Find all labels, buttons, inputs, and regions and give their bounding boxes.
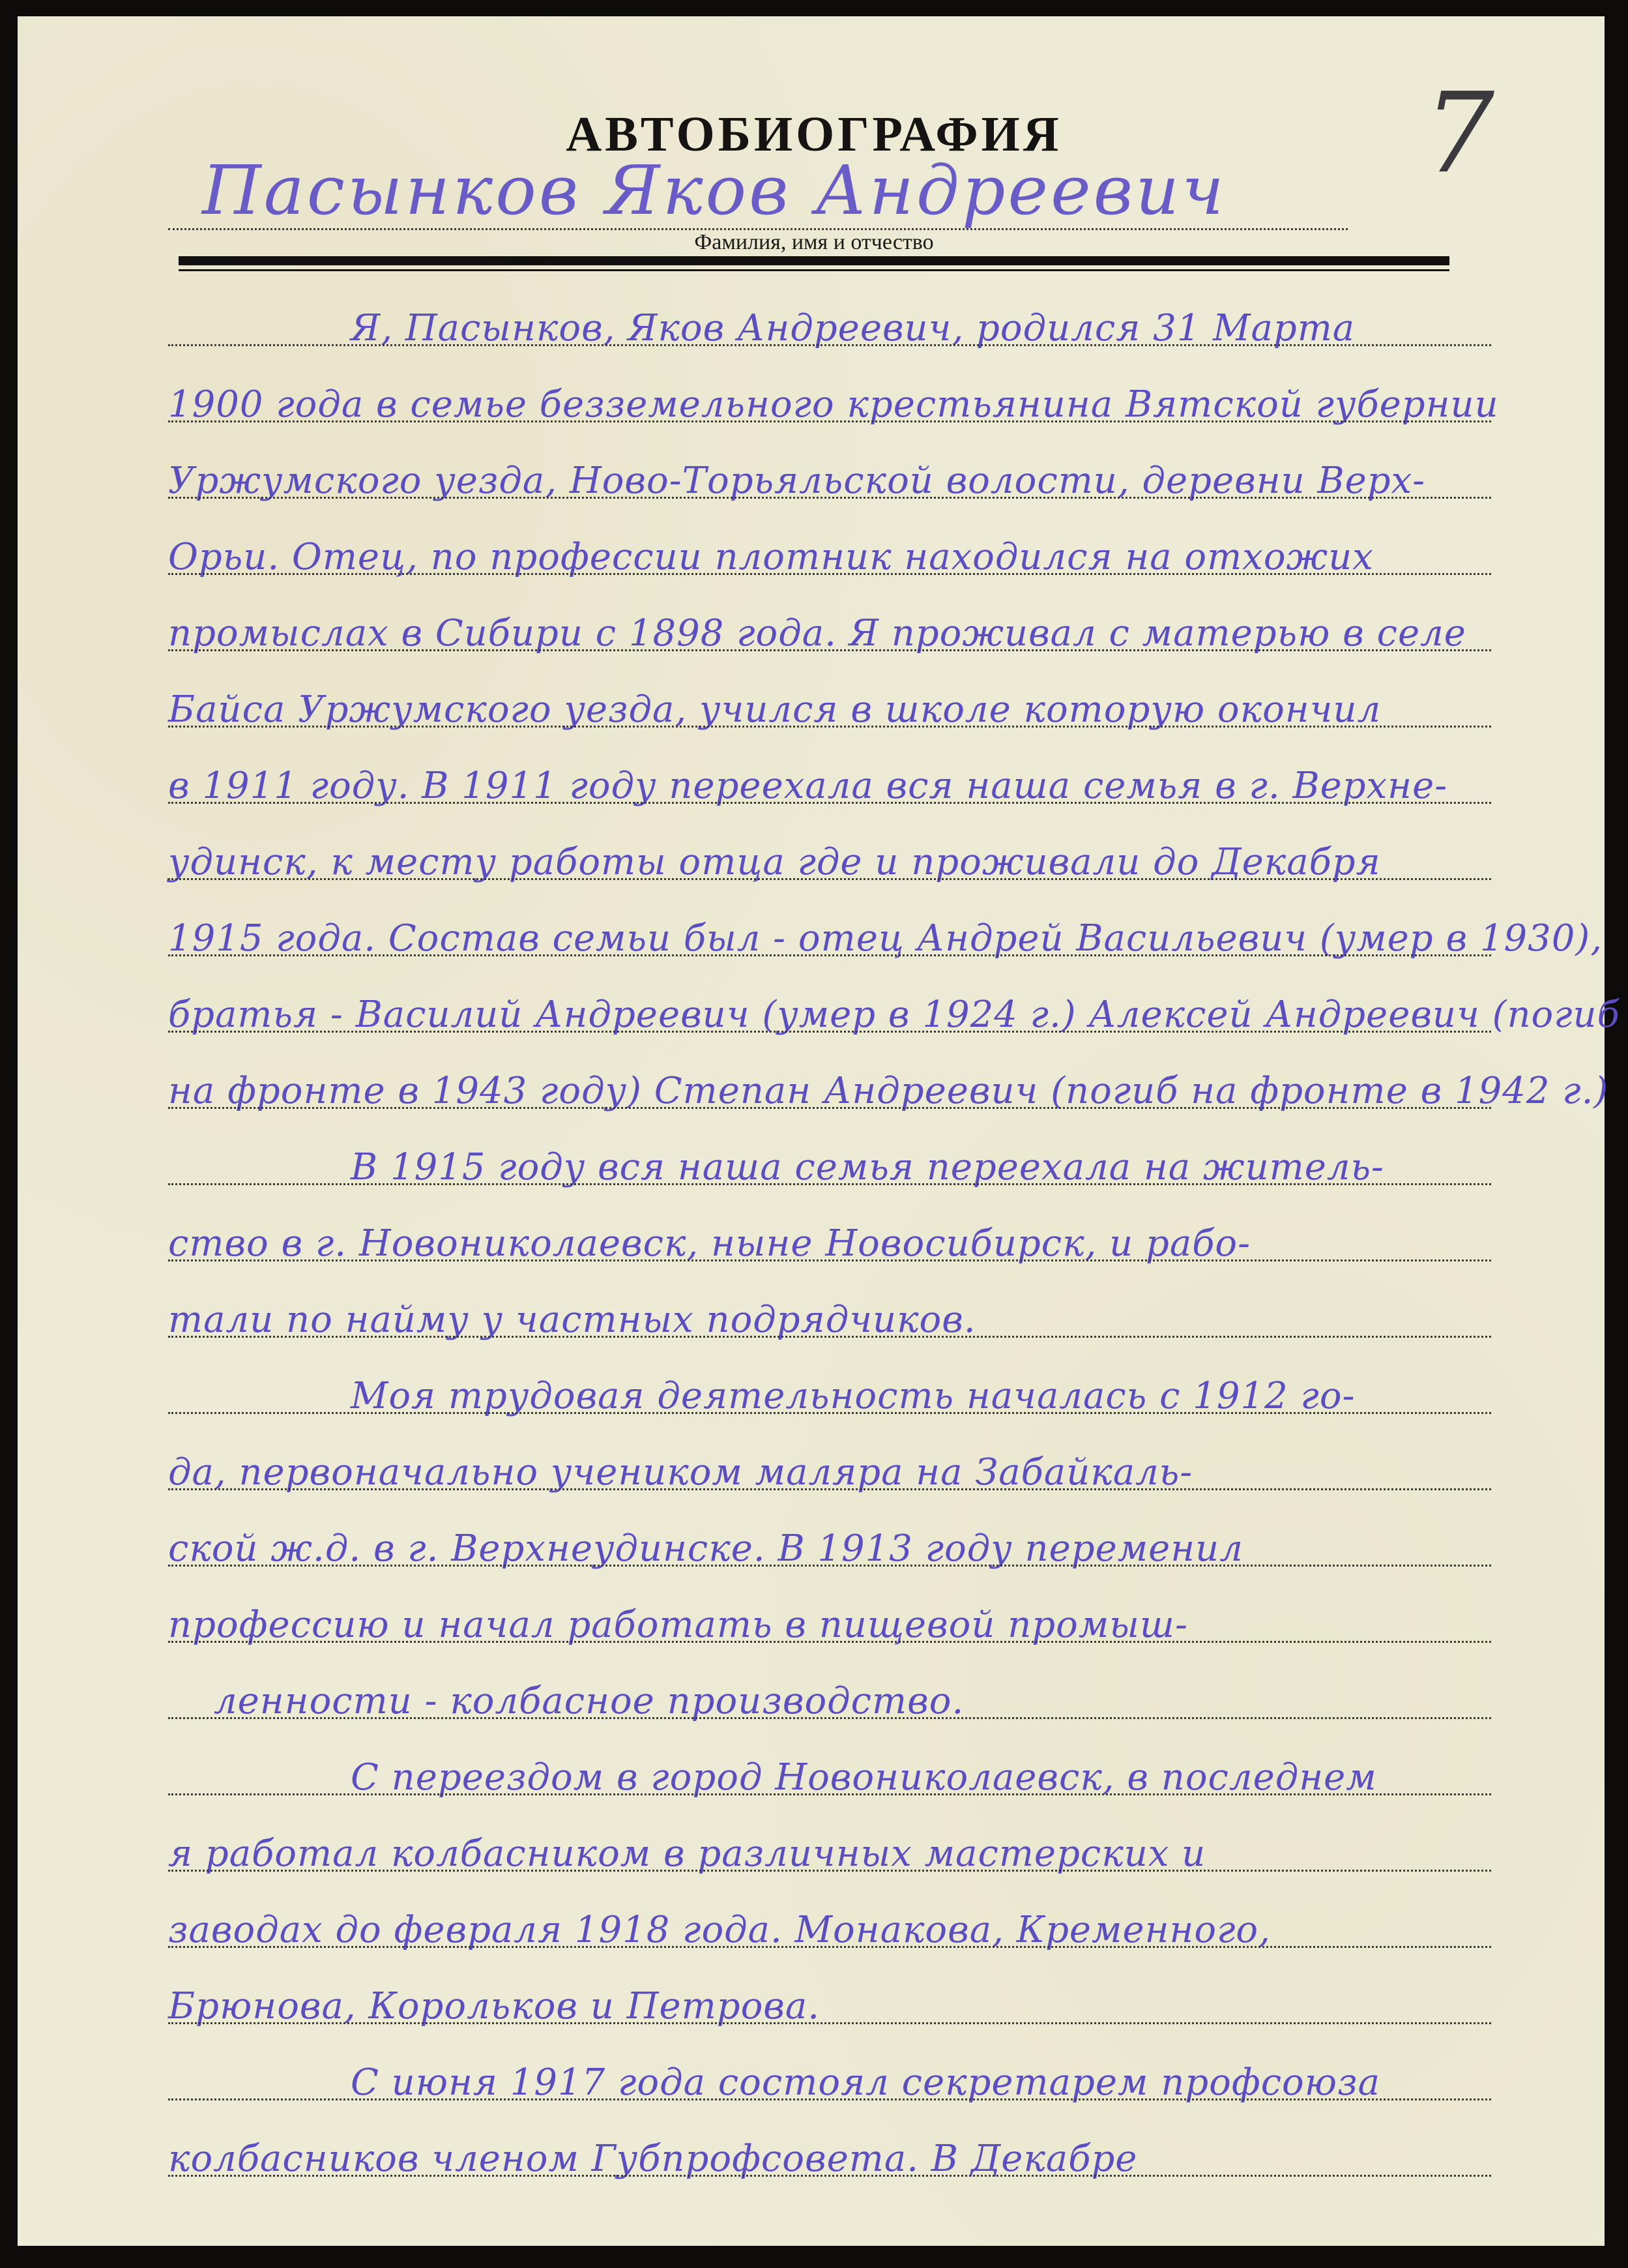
line-text: я работал колбасником в различных мастер… [168, 1836, 1206, 1872]
text-line: Брюнова, Корольков и Петрова. [168, 1968, 1537, 2044]
line-text: С переездом в город Новониколаевск, в по… [351, 1760, 1377, 1796]
text-line: промыслах в Сибири с 1898 года. Я прожив… [168, 595, 1537, 671]
text-line: Байса Уржумского уезда, учился в школе к… [168, 671, 1537, 748]
text-line: братья - Василий Андреевич (умер в 1924 … [168, 977, 1537, 1053]
handwritten-body: Я, Пасынков, Яков Андреевич, родился 31 … [168, 290, 1537, 2197]
text-line: ской ж.д. в г. Верхнеудинске. В 1913 год… [168, 1510, 1537, 1587]
text-line: ство в г. Новониколаевск, ныне Новосибир… [168, 1205, 1537, 1282]
header-rule-thin [179, 269, 1449, 271]
header-rule-thick [179, 256, 1449, 265]
line-text: ской ж.д. в г. Верхнеудинске. В 1913 год… [168, 1531, 1243, 1567]
text-line: тали по найму у частных подрядчиков. [168, 1282, 1537, 1358]
text-line: Орьи. Отец, по профессии плотник находил… [168, 519, 1537, 595]
name-field-caption: Фамилия, имя и отчество [0, 231, 1628, 254]
text-line: Я, Пасынков, Яков Андреевич, родился 31 … [168, 290, 1537, 366]
line-text: 1900 года в семье безземельного крестьян… [168, 387, 1499, 423]
line-text: Уржумского уезда, Ново-Торьяльской волос… [168, 463, 1425, 499]
line-text: да, первоначально учеником маляра на Заб… [168, 1454, 1193, 1491]
text-line: колбасников членом Губпрофсовета. В Дека… [168, 2121, 1537, 2197]
text-line: В 1915 году вся наша семья переехала на … [168, 1129, 1537, 1205]
line-text: С июня 1917 года состоял секретарем проф… [351, 2065, 1380, 2101]
text-line: Моя трудовая деятельность началась с 191… [168, 1358, 1537, 1434]
text-line: заводах до февраля 1918 года. Монакова, … [168, 1892, 1537, 1968]
line-text: В 1915 году вся наша семья переехала на … [351, 1149, 1384, 1186]
line-text: заводах до февраля 1918 года. Монакова, … [168, 1912, 1271, 1949]
line-text: промыслах в Сибири с 1898 года. Я прожив… [168, 615, 1466, 652]
text-line: удинск, к месту работы отца где и прожив… [168, 824, 1537, 900]
text-line: ленности - колбасное производство. [168, 1663, 1537, 1739]
text-line: профессию и начал работать в пищевой про… [168, 1587, 1537, 1663]
line-text: братья - Василий Андреевич (умер в 1924 … [168, 997, 1620, 1033]
line-text: 1915 года. Состав семьи был - отец Андре… [168, 920, 1603, 957]
line-text: Орьи. Отец, по профессии плотник находил… [168, 539, 1374, 576]
line-text: Я, Пасынков, Яков Андреевич, родился 31 … [351, 310, 1355, 347]
line-text: Байса Уржумского уезда, учился в школе к… [168, 692, 1381, 728]
line-text: профессию и начал работать в пищевой про… [168, 1607, 1188, 1643]
line-text: Моя трудовая деятельность началась с 191… [351, 1378, 1356, 1415]
line-text: колбасников членом Губпрофсовета. В Дека… [168, 2141, 1137, 2177]
text-line: С переездом в город Новониколаевск, в по… [168, 1739, 1537, 1816]
line-text: удинск, к месту работы отца где и прожив… [168, 844, 1381, 881]
text-line: Уржумского уезда, Ново-Торьяльской волос… [168, 443, 1537, 519]
full-name-handwritten: Пасынков Яков Андреевич [202, 156, 1227, 224]
text-line: на фронте в 1943 году) Степан Андреевич … [168, 1053, 1537, 1129]
text-line: да, первоначально учеником маляра на Заб… [168, 1434, 1537, 1510]
line-text: ство в г. Новониколаевск, ныне Новосибир… [168, 1226, 1251, 1262]
line-text: на фронте в 1943 году) Степан Андреевич … [168, 1073, 1608, 1110]
text-line: 1900 года в семье безземельного крестьян… [168, 366, 1537, 443]
text-line: 1915 года. Состав семьи был - отец Андре… [168, 900, 1537, 977]
text-line: С июня 1917 года состоял секретарем проф… [168, 2044, 1537, 2121]
line-text: в 1911 году. В 1911 году переехала вся н… [168, 768, 1447, 804]
text-line: в 1911 году. В 1911 году переехала вся н… [168, 748, 1537, 824]
text-line: я работал колбасником в различных мастер… [168, 1816, 1537, 1892]
line-text: Брюнова, Корольков и Петрова. [168, 1988, 820, 2025]
line-text: тали по найму у частных подрядчиков. [168, 1302, 976, 1338]
line-text: ленности - колбасное производство. [214, 1683, 964, 1720]
